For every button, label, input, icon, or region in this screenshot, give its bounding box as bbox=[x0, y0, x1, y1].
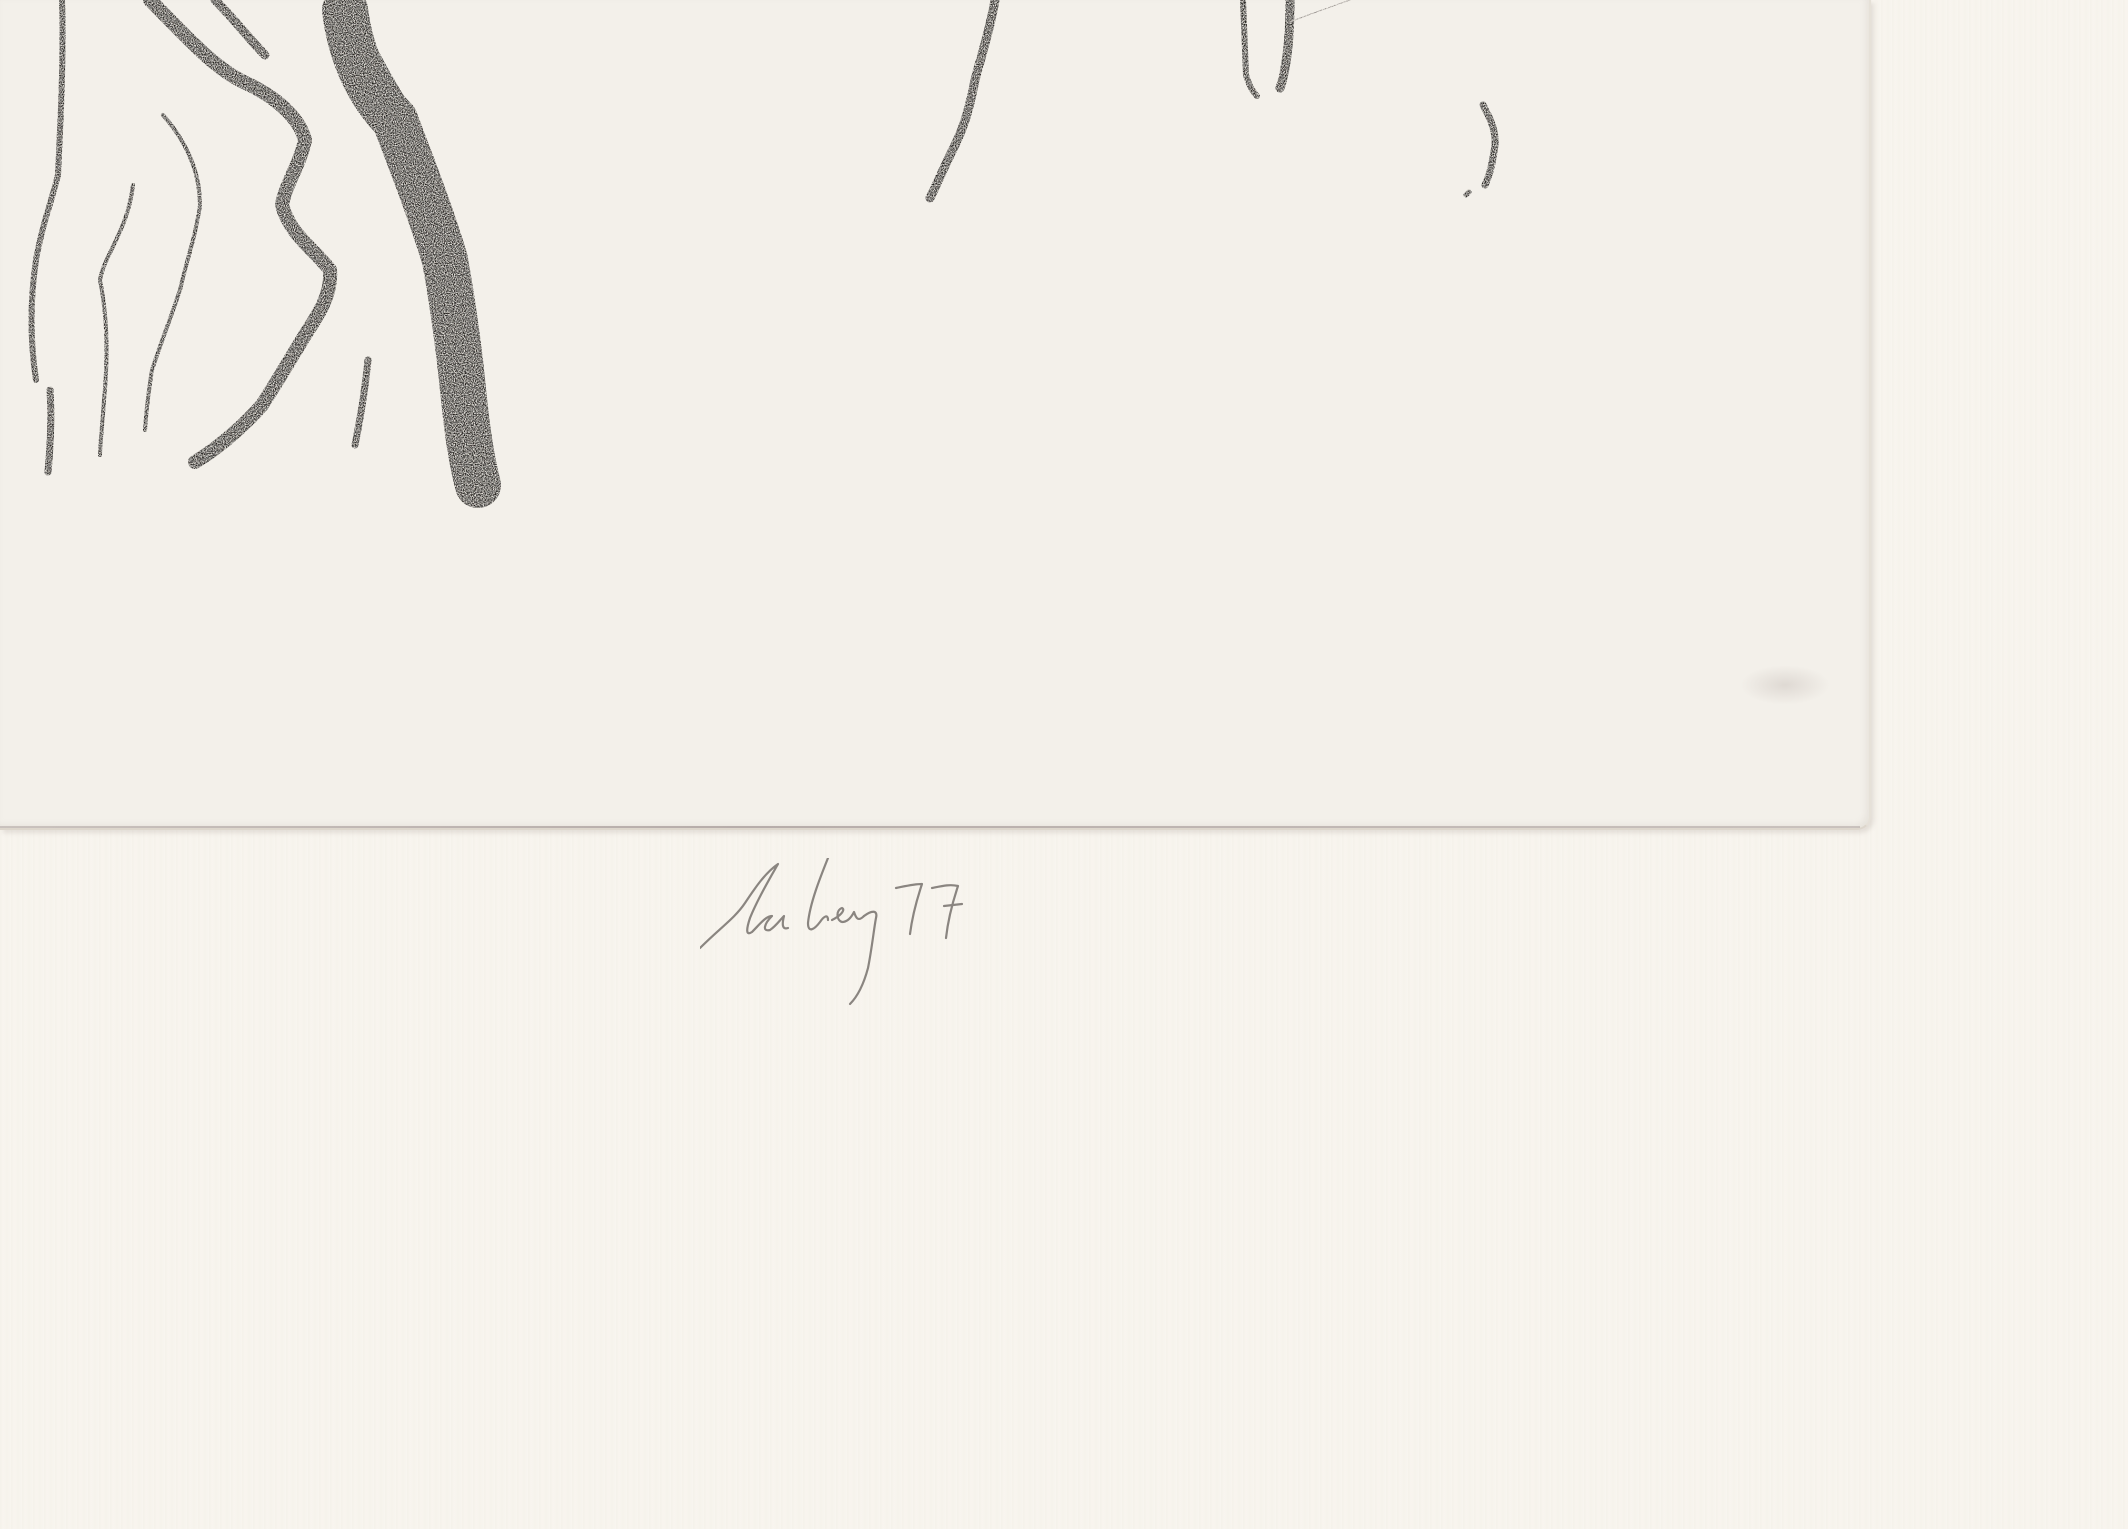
contour-line-mid-thin bbox=[145, 115, 200, 430]
contour-line-center bbox=[930, 0, 995, 198]
contour-line-upper-2 bbox=[1280, 0, 1290, 88]
small-stroke-lower bbox=[355, 360, 368, 445]
contour-line-right bbox=[1483, 105, 1495, 185]
contour-line-upper-1 bbox=[1243, 0, 1257, 96]
ink-dot bbox=[1466, 192, 1469, 195]
paper-sheet: Leiberg 77 bbox=[0, 0, 2128, 1529]
pencil-signature bbox=[700, 858, 980, 1008]
contour-line-mid-dark-head bbox=[215, 0, 265, 55]
contour-line-left-1 bbox=[32, 0, 63, 380]
contour-line-left-1b bbox=[48, 390, 51, 472]
contour-line-left-2 bbox=[100, 185, 133, 455]
hairline-scratch bbox=[1290, 0, 1350, 22]
etched-figure-drawing bbox=[0, 0, 2128, 830]
contour-line-mid-dark bbox=[150, 0, 330, 462]
